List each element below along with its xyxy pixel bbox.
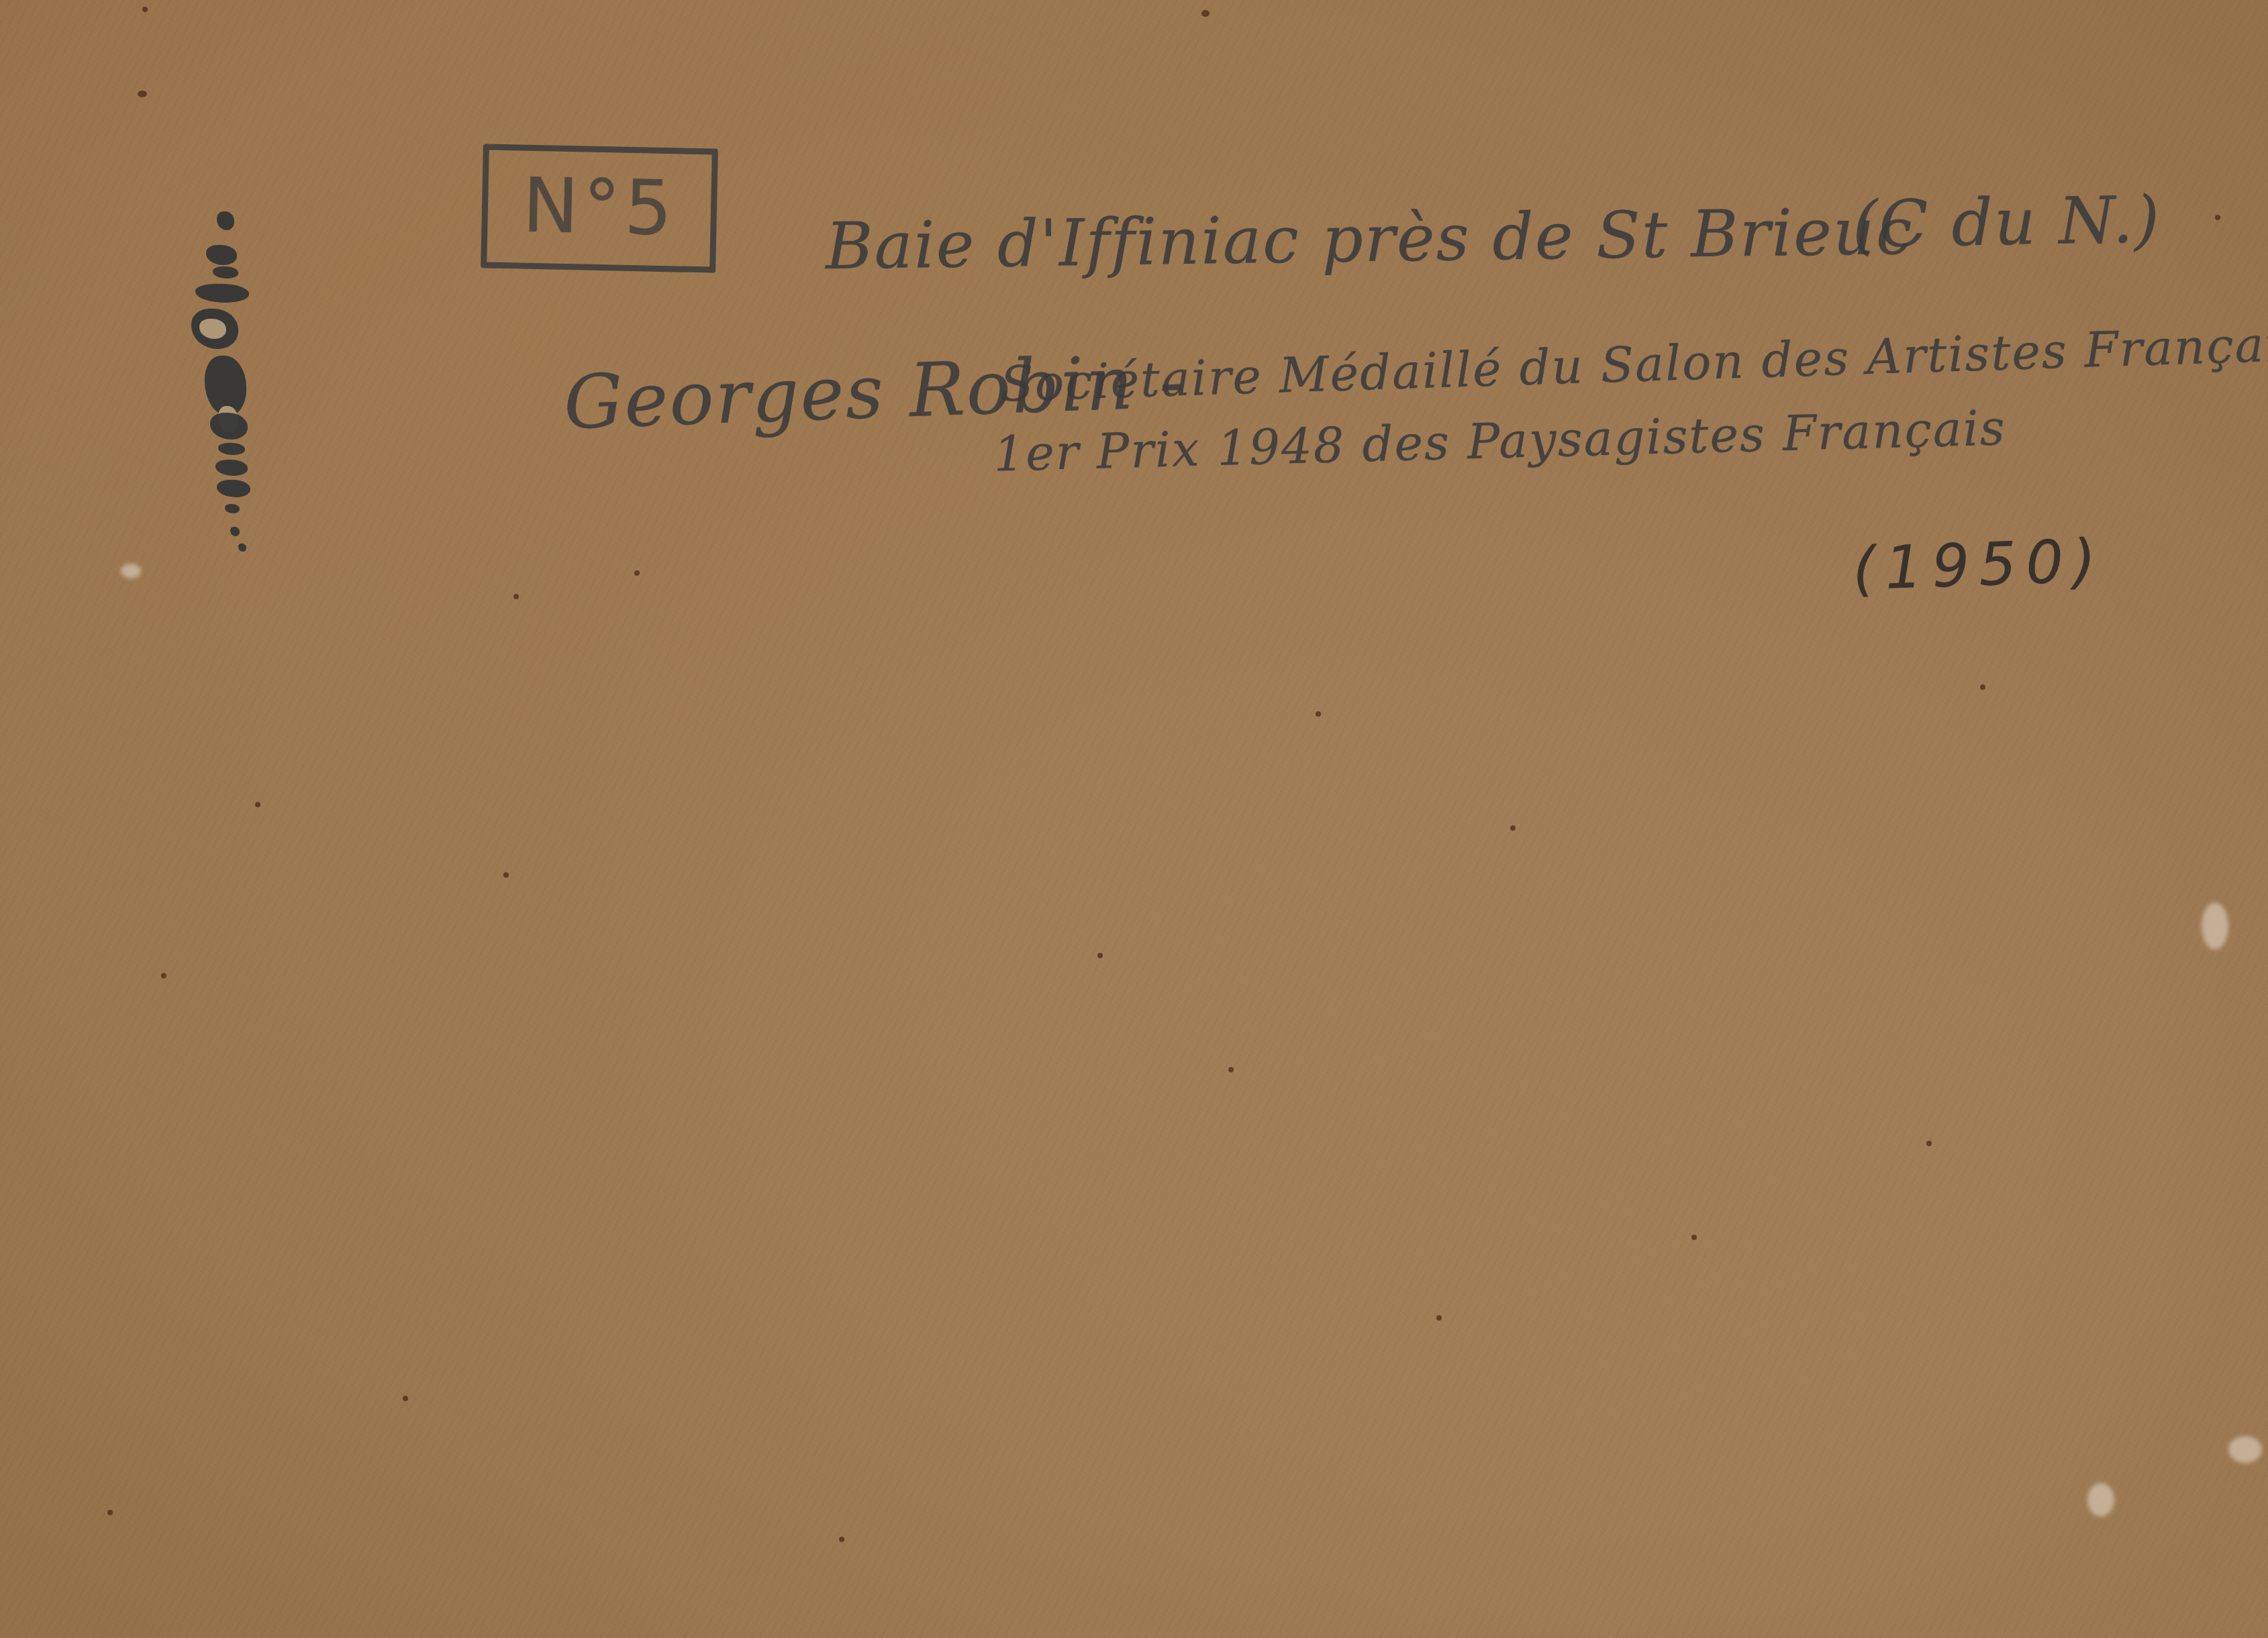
surface-speck — [1436, 1315, 1442, 1321]
artist-distinction-society: Sociétaire Médaillé du Salon des Artiste… — [999, 315, 2268, 412]
painting-back-board: N°5 Baie d'Iffiniac près de St Brieuc (C… — [0, 0, 2268, 1638]
residue-fragment — [206, 245, 237, 265]
surface-speck — [138, 91, 147, 97]
surface-scuff — [2087, 1483, 2114, 1517]
surface-speck — [1691, 1235, 1697, 1240]
surface-speck — [142, 7, 148, 12]
surface-speck — [634, 570, 640, 576]
surface-speck — [513, 594, 519, 599]
residue-fragment — [225, 504, 240, 513]
tape-residue-strip — [191, 211, 245, 748]
catalog-number: N°5 — [487, 150, 711, 266]
surface-scuff — [2202, 903, 2228, 950]
surface-speck — [1097, 953, 1103, 958]
surface-speck — [2215, 215, 2220, 220]
surface-scuff — [121, 564, 141, 578]
residue-fragment — [230, 527, 240, 536]
residue-fragment — [195, 284, 249, 303]
surface-speck — [1201, 10, 1210, 17]
residue-fragment — [218, 443, 245, 455]
catalog-number-box: N°5 — [481, 144, 718, 272]
surface-speck — [161, 973, 166, 978]
residue-fragment — [238, 544, 246, 552]
surface-speck — [1926, 1141, 1932, 1146]
artwork-title-region: (C du N.) — [1852, 182, 2161, 262]
surface-speck — [1228, 1067, 1234, 1072]
surface-speck — [1316, 711, 1321, 717]
surface-speck — [107, 1510, 113, 1515]
surface-speck — [403, 1396, 408, 1401]
artwork-title: Baie d'Iffiniac près de St Brieuc — [825, 194, 1914, 285]
surface-speck — [1980, 684, 1985, 690]
surface-speck — [1510, 825, 1516, 831]
residue-fragment — [213, 266, 238, 278]
residue-fragment — [210, 413, 248, 440]
residue-fragment — [217, 480, 250, 497]
surface-scuff — [2228, 1436, 2262, 1463]
surface-speck — [503, 872, 509, 878]
residue-fragment — [215, 460, 248, 476]
artwork-year: (1950) — [1851, 525, 2106, 603]
surface-speck — [839, 1537, 844, 1542]
surface-speck — [255, 802, 260, 807]
residue-fragment — [217, 211, 234, 230]
